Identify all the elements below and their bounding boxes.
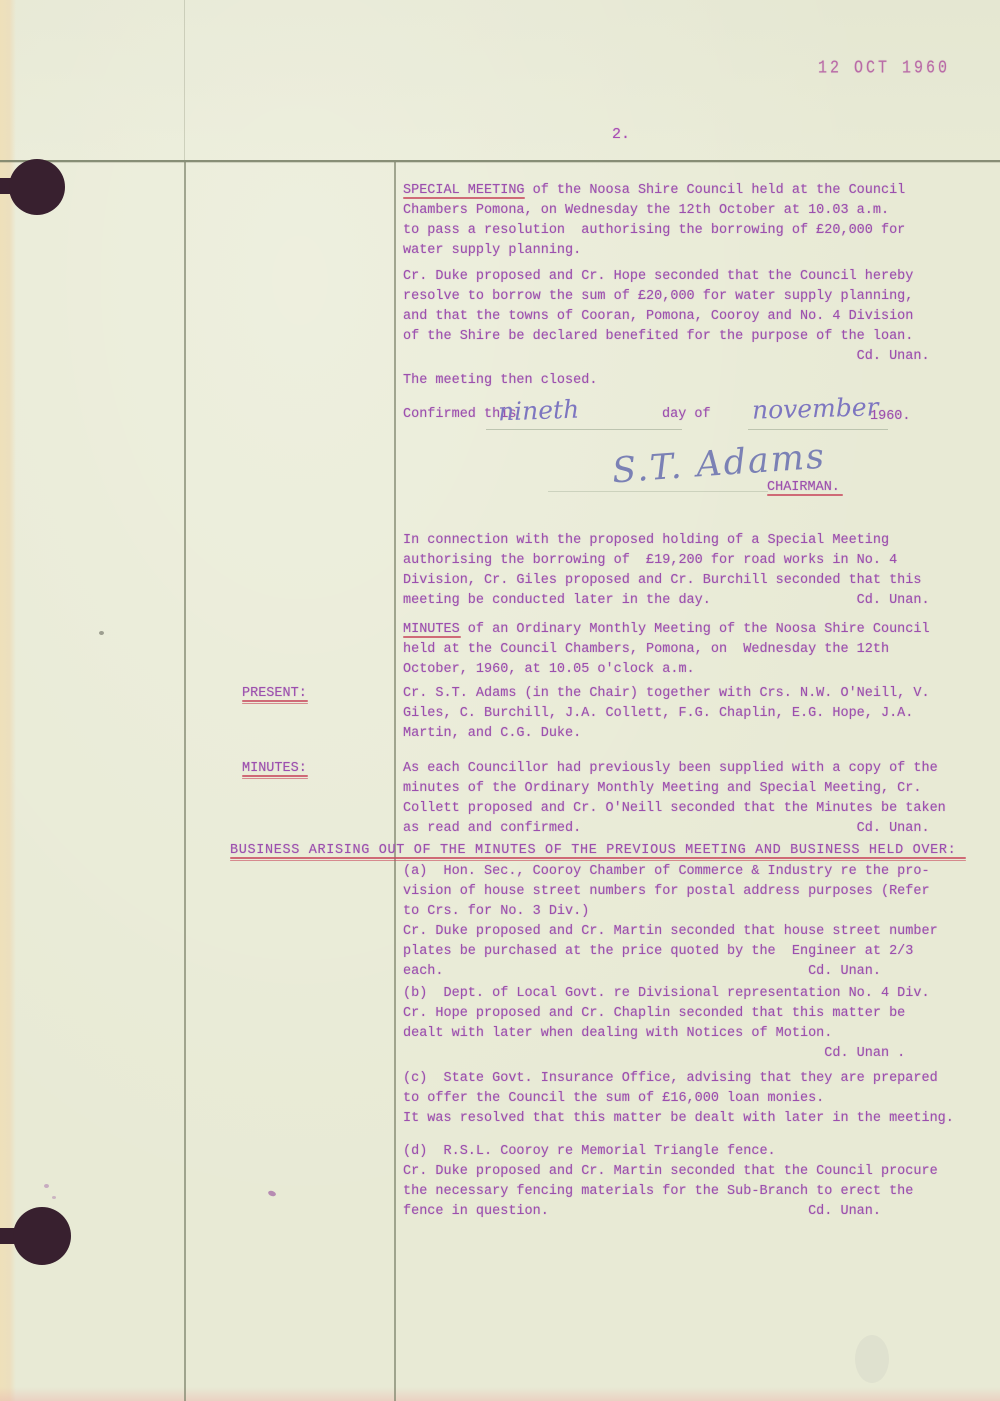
underline-present-2 xyxy=(242,703,308,704)
underline-present xyxy=(242,700,308,702)
underline-chairman xyxy=(767,494,843,496)
vertical-crease xyxy=(184,0,185,160)
underline-minutes-word xyxy=(403,636,461,638)
margin-line-left xyxy=(184,162,186,1401)
para-connection: In connection with the proposed holding … xyxy=(403,531,930,611)
ink-smudge xyxy=(44,1184,49,1188)
scanned-minutes-page: 12 OCT 1960 2. SPECIAL MEETING of the No… xyxy=(0,0,1000,1401)
handwritten-day: nineth xyxy=(498,395,580,427)
margin-line-right xyxy=(394,162,396,1401)
para-item-a: (a) Hon. Sec., Cooroy Chamber of Commerc… xyxy=(403,862,938,982)
day-blank-line xyxy=(486,429,682,430)
page-left-edge xyxy=(0,0,16,1401)
underline-minutes-2 xyxy=(242,778,308,779)
para-present: Cr. S.T. Adams (in the Chair) together w… xyxy=(403,684,930,744)
month-blank-line xyxy=(748,429,888,430)
confirmed-mid: day of xyxy=(662,405,711,425)
punch-hole-bottom xyxy=(13,1207,71,1265)
para-meeting-closed: The meeting then closed. xyxy=(403,371,597,391)
underline-business-heading-2 xyxy=(230,860,966,861)
underline-minutes xyxy=(242,775,308,777)
para-special-meeting: SPECIAL MEETING of the Noosa Shire Counc… xyxy=(403,181,905,261)
para-resolution: Cr. Duke proposed and Cr. Hope seconded … xyxy=(403,267,930,367)
punch-hole-top xyxy=(9,159,65,215)
horizontal-rule-shadow xyxy=(0,162,1000,163)
underline-business-heading xyxy=(230,857,966,859)
page-number: 2. xyxy=(612,126,630,143)
handwritten-month: november xyxy=(752,392,879,424)
scan-shadow xyxy=(855,1335,889,1383)
date-stamp: 12 OCT 1960 xyxy=(818,58,950,78)
para-ordinary-minutes: MINUTES of an Ordinary Monthly Meeting o… xyxy=(403,620,930,680)
confirmed-year: 1960. xyxy=(870,407,911,427)
page-bottom-edge xyxy=(0,1387,1000,1401)
paper-speck xyxy=(99,631,104,635)
para-item-c: (c) State Govt. Insurance Office, advisi… xyxy=(403,1069,954,1129)
ink-smudge xyxy=(52,1196,56,1199)
para-item-b: (b) Dept. of Local Govt. re Divisional r… xyxy=(403,984,930,1064)
underline-special-meeting xyxy=(403,197,525,199)
para-minutes: As each Councillor had previously been s… xyxy=(403,759,946,839)
para-item-d: (d) R.S.L. Cooroy re Memorial Triangle f… xyxy=(403,1142,938,1222)
signature-line xyxy=(548,491,768,492)
